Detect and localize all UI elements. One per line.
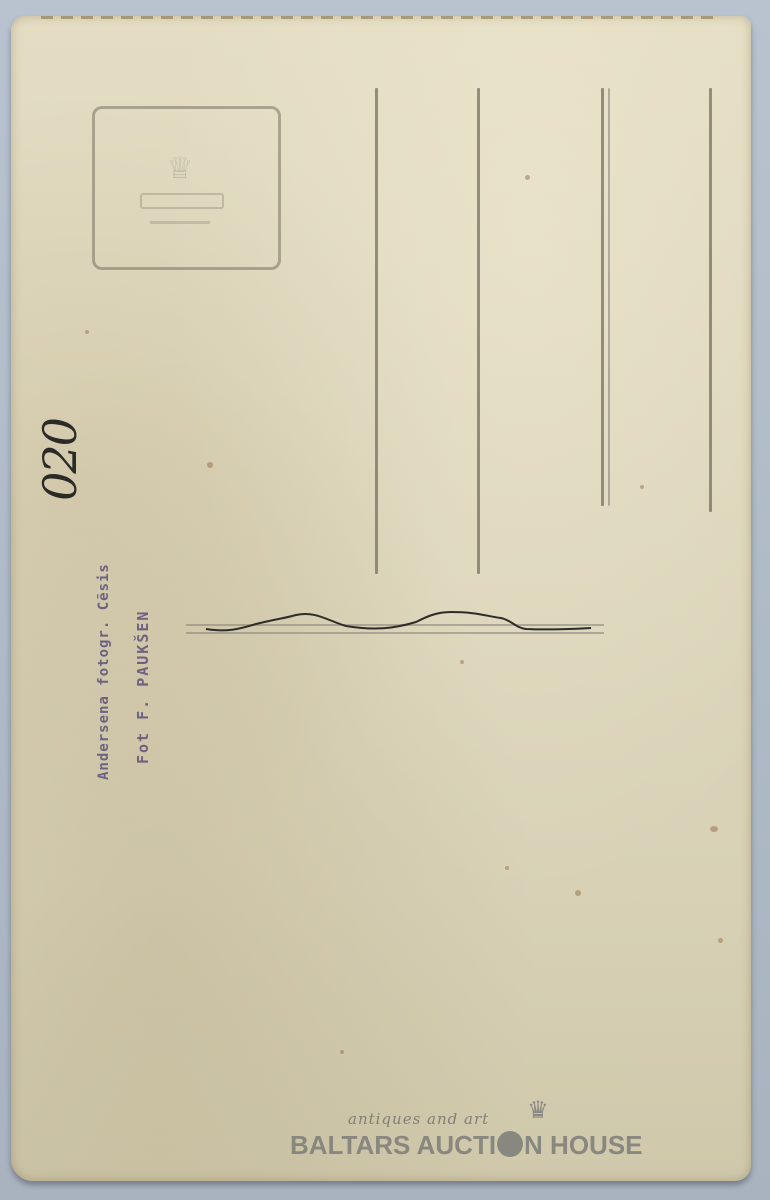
foxing-spot <box>575 890 581 896</box>
divider-line-1 <box>375 88 378 574</box>
watermark-name: BALTARS AUCTIN HOUSE <box>290 1130 643 1161</box>
foxing-spot <box>460 660 464 664</box>
worn-top-edge <box>41 16 721 19</box>
pencil-squiggle <box>186 600 606 640</box>
foxing-spot <box>525 175 530 180</box>
watermark-o-circle-icon <box>497 1131 523 1157</box>
foxing-spot <box>85 330 89 334</box>
photographer-stamp-line1: Andersena fotogr. Cēsis <box>96 563 112 780</box>
photographer-stamp-line2: Fot F. PAUKŠEN <box>134 610 152 764</box>
stamp-small-line <box>150 221 210 224</box>
crown-emblem-icon: ♕ <box>150 149 210 189</box>
address-line-1b <box>608 88 610 506</box>
watermark-name-part1: BALTARS AUCTI <box>290 1130 496 1160</box>
stamp-inner-bar <box>140 193 224 209</box>
address-line-1 <box>601 88 604 506</box>
handwritten-number: 020 <box>5 430 115 490</box>
foxing-spot <box>505 866 509 870</box>
auction-house-watermark: antiques and art ♛ BALTARS AUCTIN HOUSE <box>290 1110 690 1170</box>
stamp-placeholder-box: ♕ <box>92 106 281 270</box>
foxing-spot <box>640 485 644 489</box>
watermark-tagline: antiques and art <box>348 1110 489 1128</box>
divider-line-2 <box>477 88 480 574</box>
watermark-crown-icon: ♛ <box>520 1098 556 1122</box>
address-line-2 <box>709 88 712 512</box>
postcard-back: ♕ <box>11 16 751 1181</box>
foxing-spot <box>207 462 213 468</box>
watermark-name-part2: N HOUSE <box>524 1130 642 1160</box>
foxing-spot <box>718 938 723 943</box>
foxing-spot <box>340 1050 344 1054</box>
foxing-spot <box>710 826 718 832</box>
